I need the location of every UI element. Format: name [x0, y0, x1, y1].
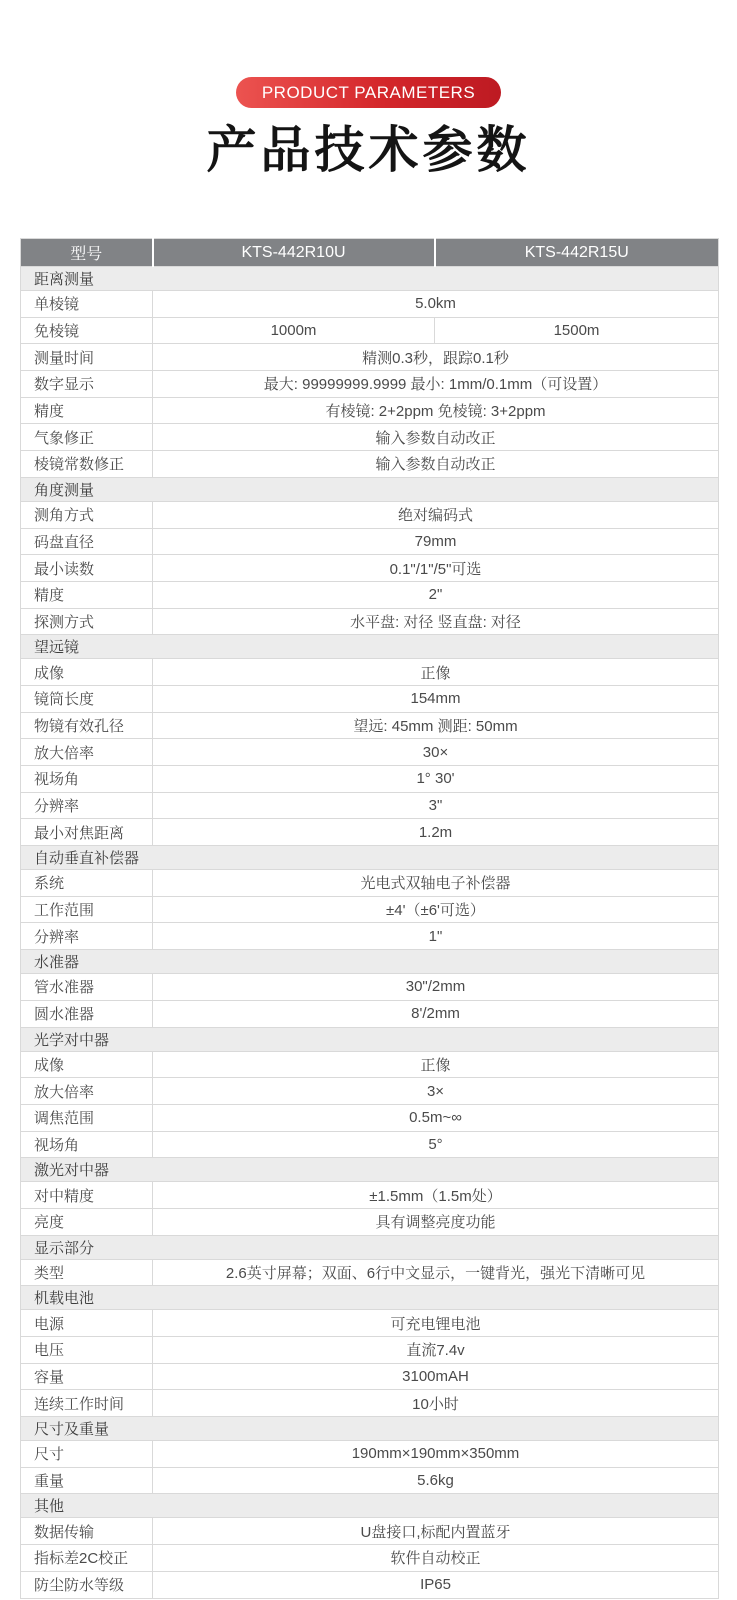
- spec-value: 3100mAH: [153, 1363, 719, 1390]
- spec-row: 防尘防水等级IP65: [21, 1571, 719, 1598]
- spec-row: 视场角5°: [21, 1131, 719, 1158]
- spec-label: 对中精度: [21, 1182, 153, 1209]
- section-title: 角度测量: [21, 477, 719, 501]
- spec-row: 测角方式绝对编码式: [21, 501, 719, 528]
- spec-row: 管水准器30"/2mm: [21, 974, 719, 1001]
- section-row: 距离测量: [21, 267, 719, 291]
- spec-table-header: 型号 KTS-442R10U KTS-442R15U: [21, 239, 719, 267]
- section-title: 显示部分: [21, 1235, 719, 1259]
- spec-label: 管水准器: [21, 974, 153, 1001]
- spec-value: 10小时: [153, 1390, 719, 1417]
- spec-value: 5.6kg: [153, 1467, 719, 1494]
- header-row: 型号 KTS-442R10U KTS-442R15U: [21, 239, 719, 267]
- spec-value: 可充电锂电池: [153, 1310, 719, 1337]
- spec-row: 精度有棱镜: 2+2ppm 免棱镜: 3+2ppm: [21, 397, 719, 424]
- spec-value: 直流7.4v: [153, 1337, 719, 1364]
- spec-value: 望远: 45mm 测距: 50mm: [153, 712, 719, 739]
- spec-row: 圆水准器8'/2mm: [21, 1000, 719, 1027]
- spec-value: 正像: [153, 659, 719, 686]
- spec-value: 光电式双轴电子补偿器: [153, 870, 719, 897]
- spec-value: 2.6英寸屏幕；双面、6行中文显示，一键背光，强光下清晰可见: [153, 1259, 719, 1286]
- spec-row: 视场角1° 30': [21, 766, 719, 793]
- spec-row: 电源可充电锂电池: [21, 1310, 719, 1337]
- spec-row: 分辨率3": [21, 792, 719, 819]
- spec-label: 精度: [21, 397, 153, 424]
- spec-value: 1° 30': [153, 766, 719, 793]
- spec-label: 电压: [21, 1337, 153, 1364]
- spec-table: 型号 KTS-442R10U KTS-442R15U 距离测量单棱镜5.0km免…: [20, 238, 719, 1599]
- spec-label: 重量: [21, 1467, 153, 1494]
- spec-label: 分辨率: [21, 792, 153, 819]
- spec-row: 单棱镜5.0km: [21, 291, 719, 318]
- model-b-cell: KTS-442R15U: [435, 239, 719, 267]
- spec-row: 指标差2C校正软件自动校正: [21, 1545, 719, 1572]
- spec-label: 最小读数: [21, 555, 153, 582]
- spec-row: 电压直流7.4v: [21, 1337, 719, 1364]
- spec-value: 190mm×190mm×350mm: [153, 1441, 719, 1468]
- section-title: 距离测量: [21, 267, 719, 291]
- spec-row: 探测方式水平盘: 对径 竖直盘: 对径: [21, 608, 719, 635]
- spec-value: 正像: [153, 1051, 719, 1078]
- spec-value: ±1.5mm（1.5m处）: [153, 1182, 719, 1209]
- spec-value: 30×: [153, 739, 719, 766]
- spec-label: 防尘防水等级: [21, 1571, 153, 1598]
- spec-row: 亮度具有调整亮度功能: [21, 1208, 719, 1235]
- spec-label: 测量时间: [21, 344, 153, 371]
- spec-row: 精度2": [21, 581, 719, 608]
- spec-label: 码盘直径: [21, 528, 153, 555]
- spec-row: 最小对焦距离1.2m: [21, 819, 719, 846]
- spec-row: 系统光电式双轴电子补偿器: [21, 870, 719, 897]
- spec-label: 数据传输: [21, 1518, 153, 1545]
- spec-value: 3×: [153, 1078, 719, 1105]
- section-row: 尺寸及重量: [21, 1417, 719, 1441]
- model-label-cell: 型号: [21, 239, 153, 267]
- spec-value: 精测0.3秒，跟踪0.1秒: [153, 344, 719, 371]
- section-title: 机载电池: [21, 1286, 719, 1310]
- product-parameters-badge: PRODUCT PARAMETERS: [236, 77, 501, 108]
- section-title: 激光对中器: [21, 1158, 719, 1182]
- spec-value: 0.5m~∞: [153, 1104, 719, 1131]
- spec-label: 精度: [21, 581, 153, 608]
- spec-value: 154mm: [153, 685, 719, 712]
- spec-label: 放大倍率: [21, 739, 153, 766]
- spec-value: 30"/2mm: [153, 974, 719, 1001]
- spec-value: 绝对编码式: [153, 501, 719, 528]
- page-title: 产品技术参数: [0, 122, 737, 178]
- spec-row: 码盘直径79mm: [21, 528, 719, 555]
- section-title: 望远镜: [21, 635, 719, 659]
- spec-row: 测量时间精测0.3秒，跟踪0.1秒: [21, 344, 719, 371]
- spec-value: 具有调整亮度功能: [153, 1208, 719, 1235]
- spec-label: 气象修正: [21, 424, 153, 451]
- spec-label: 亮度: [21, 1208, 153, 1235]
- spec-label: 工作范围: [21, 896, 153, 923]
- section-title: 水准器: [21, 950, 719, 974]
- spec-label: 调焦范围: [21, 1104, 153, 1131]
- section-title: 其他: [21, 1494, 719, 1518]
- spec-label: 电源: [21, 1310, 153, 1337]
- spec-label: 单棱镜: [21, 291, 153, 318]
- spec-value: 2": [153, 581, 719, 608]
- section-row: 显示部分: [21, 1235, 719, 1259]
- spec-row: 分辨率1": [21, 923, 719, 950]
- spec-row: 棱镜常数修正输入参数自动改正: [21, 451, 719, 478]
- spec-value: ±4'（±6'可选）: [153, 896, 719, 923]
- spec-label: 放大倍率: [21, 1078, 153, 1105]
- spec-label: 镜筒长度: [21, 685, 153, 712]
- section-row: 其他: [21, 1494, 719, 1518]
- section-row: 光学对中器: [21, 1027, 719, 1051]
- section-row: 机载电池: [21, 1286, 719, 1310]
- spec-row: 重量5.6kg: [21, 1467, 719, 1494]
- spec-value: 1.2m: [153, 819, 719, 846]
- spec-value: 输入参数自动改正: [153, 451, 719, 478]
- spec-value: U盘接口,标配内置蓝牙: [153, 1518, 719, 1545]
- spec-row: 连续工作时间10小时: [21, 1390, 719, 1417]
- section-row: 水准器: [21, 950, 719, 974]
- spec-value: 79mm: [153, 528, 719, 555]
- spec-value: 3": [153, 792, 719, 819]
- spec-label: 分辨率: [21, 923, 153, 950]
- spec-label: 类型: [21, 1259, 153, 1286]
- spec-label: 指标差2C校正: [21, 1545, 153, 1572]
- spec-row: 放大倍率30×: [21, 739, 719, 766]
- spec-label: 成像: [21, 1051, 153, 1078]
- spec-row: 数字显示最大: 99999999.9999 最小: 1mm/0.1mm（可设置）: [21, 371, 719, 398]
- spec-row: 尺寸190mm×190mm×350mm: [21, 1441, 719, 1468]
- spec-row: 数据传输U盘接口,标配内置蓝牙: [21, 1518, 719, 1545]
- spec-label: 测角方式: [21, 501, 153, 528]
- spec-row: 免棱镜1000m1500m: [21, 317, 719, 344]
- spec-value: 最大: 99999999.9999 最小: 1mm/0.1mm（可设置）: [153, 371, 719, 398]
- section-row: 角度测量: [21, 477, 719, 501]
- spec-value: IP65: [153, 1571, 719, 1598]
- spec-row: 成像正像: [21, 1051, 719, 1078]
- badge-container: PRODUCT PARAMETERS: [0, 0, 737, 108]
- section-title: 自动垂直补偿器: [21, 846, 719, 870]
- spec-value: 软件自动校正: [153, 1545, 719, 1572]
- spec-label: 容量: [21, 1363, 153, 1390]
- spec-label: 系统: [21, 870, 153, 897]
- spec-row: 容量3100mAH: [21, 1363, 719, 1390]
- spec-value: 0.1"/1"/5"可选: [153, 555, 719, 582]
- model-a-cell: KTS-442R10U: [153, 239, 435, 267]
- spec-row: 对中精度±1.5mm（1.5m处）: [21, 1182, 719, 1209]
- spec-label: 成像: [21, 659, 153, 686]
- spec-value: 输入参数自动改正: [153, 424, 719, 451]
- spec-table-body: 距离测量单棱镜5.0km免棱镜1000m1500m测量时间精测0.3秒，跟踪0.…: [21, 267, 719, 1599]
- spec-label: 圆水准器: [21, 1000, 153, 1027]
- spec-row: 工作范围±4'（±6'可选）: [21, 896, 719, 923]
- spec-row: 调焦范围0.5m~∞: [21, 1104, 719, 1131]
- spec-value: 5°: [153, 1131, 719, 1158]
- spec-value: 5.0km: [153, 291, 719, 318]
- section-row: 自动垂直补偿器: [21, 846, 719, 870]
- spec-row: 气象修正输入参数自动改正: [21, 424, 719, 451]
- section-row: 望远镜: [21, 635, 719, 659]
- spec-label: 视场角: [21, 1131, 153, 1158]
- spec-value: 水平盘: 对径 竖直盘: 对径: [153, 608, 719, 635]
- spec-label: 探测方式: [21, 608, 153, 635]
- spec-label: 连续工作时间: [21, 1390, 153, 1417]
- spec-row: 成像正像: [21, 659, 719, 686]
- spec-row: 物镜有效孔径望远: 45mm 测距: 50mm: [21, 712, 719, 739]
- spec-row: 镜筒长度154mm: [21, 685, 719, 712]
- spec-label: 尺寸: [21, 1441, 153, 1468]
- spec-row: 类型2.6英寸屏幕；双面、6行中文显示，一键背光，强光下清晰可见: [21, 1259, 719, 1286]
- spec-label: 视场角: [21, 766, 153, 793]
- spec-label: 棱镜常数修正: [21, 451, 153, 478]
- spec-value: 1": [153, 923, 719, 950]
- spec-label: 最小对焦距离: [21, 819, 153, 846]
- spec-value: 1500m: [435, 317, 719, 344]
- spec-label: 物镜有效孔径: [21, 712, 153, 739]
- spec-value: 1000m: [153, 317, 435, 344]
- section-row: 激光对中器: [21, 1158, 719, 1182]
- spec-row: 最小读数0.1"/1"/5"可选: [21, 555, 719, 582]
- spec-label: 数字显示: [21, 371, 153, 398]
- section-title: 尺寸及重量: [21, 1417, 719, 1441]
- spec-row: 放大倍率3×: [21, 1078, 719, 1105]
- spec-value: 有棱镜: 2+2ppm 免棱镜: 3+2ppm: [153, 397, 719, 424]
- section-title: 光学对中器: [21, 1027, 719, 1051]
- spec-value: 8'/2mm: [153, 1000, 719, 1027]
- spec-label: 免棱镜: [21, 317, 153, 344]
